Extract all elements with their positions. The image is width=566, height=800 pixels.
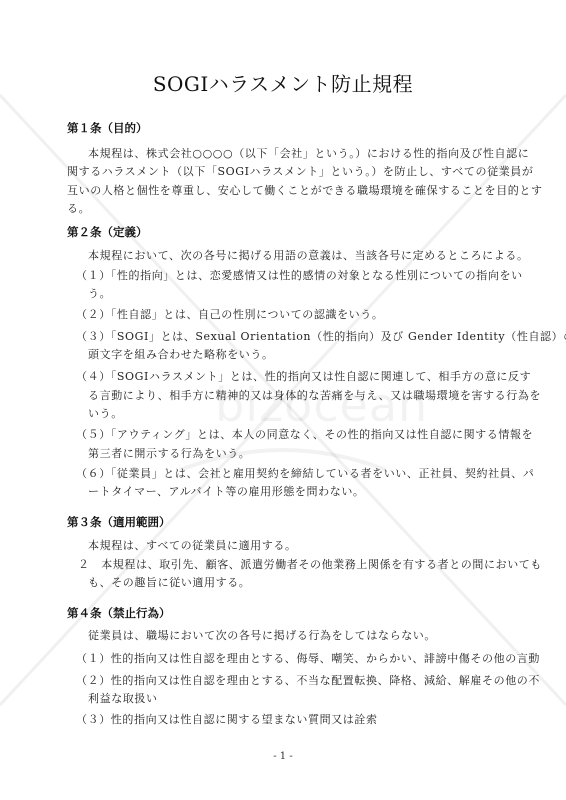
prohibited-item-2: （２）性的指向又は性自認を理由とする、不当な配置転換、降格、減給、解雇その他の不 xyxy=(76,672,540,688)
article-3-intro: 本規程は、すべての従業員に適用する。 xyxy=(88,537,297,553)
article-1-line: 本規程は、株式会社○○○○（以下「会社」という。）における性的指向及び性自認に xyxy=(88,145,529,161)
page-title: SOGIハラスメント防止規程 xyxy=(0,68,566,97)
definition-item-1-cont: う。 xyxy=(88,285,111,301)
article-1-line: る。 xyxy=(67,200,90,216)
definition-item-5-cont: 第三者に開示する行為をいう。 xyxy=(88,445,250,461)
article-1-line: 関するハラスメント（以下「SOGIハラスメント」という。）を防止し、すべての従業… xyxy=(67,163,534,179)
article-2-intro: 本規程において、次の各号に掲げる用語の意義は、当該各号に定めるところによる。 xyxy=(88,247,529,263)
article-4-heading: 第４条（禁止行為） xyxy=(67,605,171,621)
definition-item-3: （３）「SOGI」とは、Sexual Orientation（性的指向）及び G… xyxy=(76,328,566,344)
prohibited-item-1: （１）性的指向又は性自認を理由とする、侮辱、嘲笑、からかい、誹謗中傷その他の言動 xyxy=(76,650,540,666)
article-3-heading: 第３条（適用範囲） xyxy=(67,514,171,530)
article-2-heading: 第２条（定義） xyxy=(67,224,148,240)
page-number: - 1 - xyxy=(0,751,566,762)
definition-item-4-cont: いう。 xyxy=(88,405,123,421)
article-4-intro: 従業員は、職場において次の各号に掲げる行為をしてはならない。 xyxy=(88,627,436,643)
definition-item-6: （６）「従業員」とは、会社と雇用契約を締結している者をいい、正社員、契約社員、パ xyxy=(76,465,535,481)
document-page: bizocean SOGIハラスメント防止規程 第１条（目的） 本規程は、株式会… xyxy=(0,0,566,800)
definition-item-2: （２）「性自認」とは、自己の性別についての認識をいう。 xyxy=(76,306,383,322)
definition-item-4-cont: る言動により、相手方に精神的又は身体的な苦痛を与え、又は職場環境を害する行為を xyxy=(88,387,541,403)
definition-item-4: （４）「SOGIハラスメント」とは、性的指向又は性自認に関連して、相手方の意に反… xyxy=(76,368,531,384)
prohibited-item-3: （３）性的指向又は性自認に関する望まない質問又は詮索 xyxy=(76,711,378,727)
article-3-paragraph-2-cont: も、その趣旨に従い適用する。 xyxy=(88,574,250,590)
document-content: SOGIハラスメント防止規程 第１条（目的） 本規程は、株式会社○○○○（以下「… xyxy=(0,0,566,800)
definition-item-3-cont: 頭文字を組み合わせた略称をいう。 xyxy=(88,346,274,362)
article-3-paragraph-2: ２ 本規程は、取引先、顧客、派遣労働者その他業務上関係を有する者との間においても xyxy=(78,556,542,572)
definition-item-1: （１）「性的指向」とは、恋愛感情又は性的感情の対象となる性別についての指向をい xyxy=(76,267,523,283)
prohibited-item-2-cont: 利益な取扱い xyxy=(88,690,158,706)
article-1-heading: 第１条（目的） xyxy=(67,120,148,136)
definition-item-6-cont: ートタイマー、アルバイト等の雇用形態を問わない。 xyxy=(88,483,365,499)
article-1-line: 互いの人格と個性を尊重し、安心して働くことができる職場環境を確保することを目的と… xyxy=(67,182,543,198)
definition-item-5: （５）「アウティング」とは、本人の同意なく、その性的指向又は性自認に関する情報を xyxy=(76,426,533,442)
